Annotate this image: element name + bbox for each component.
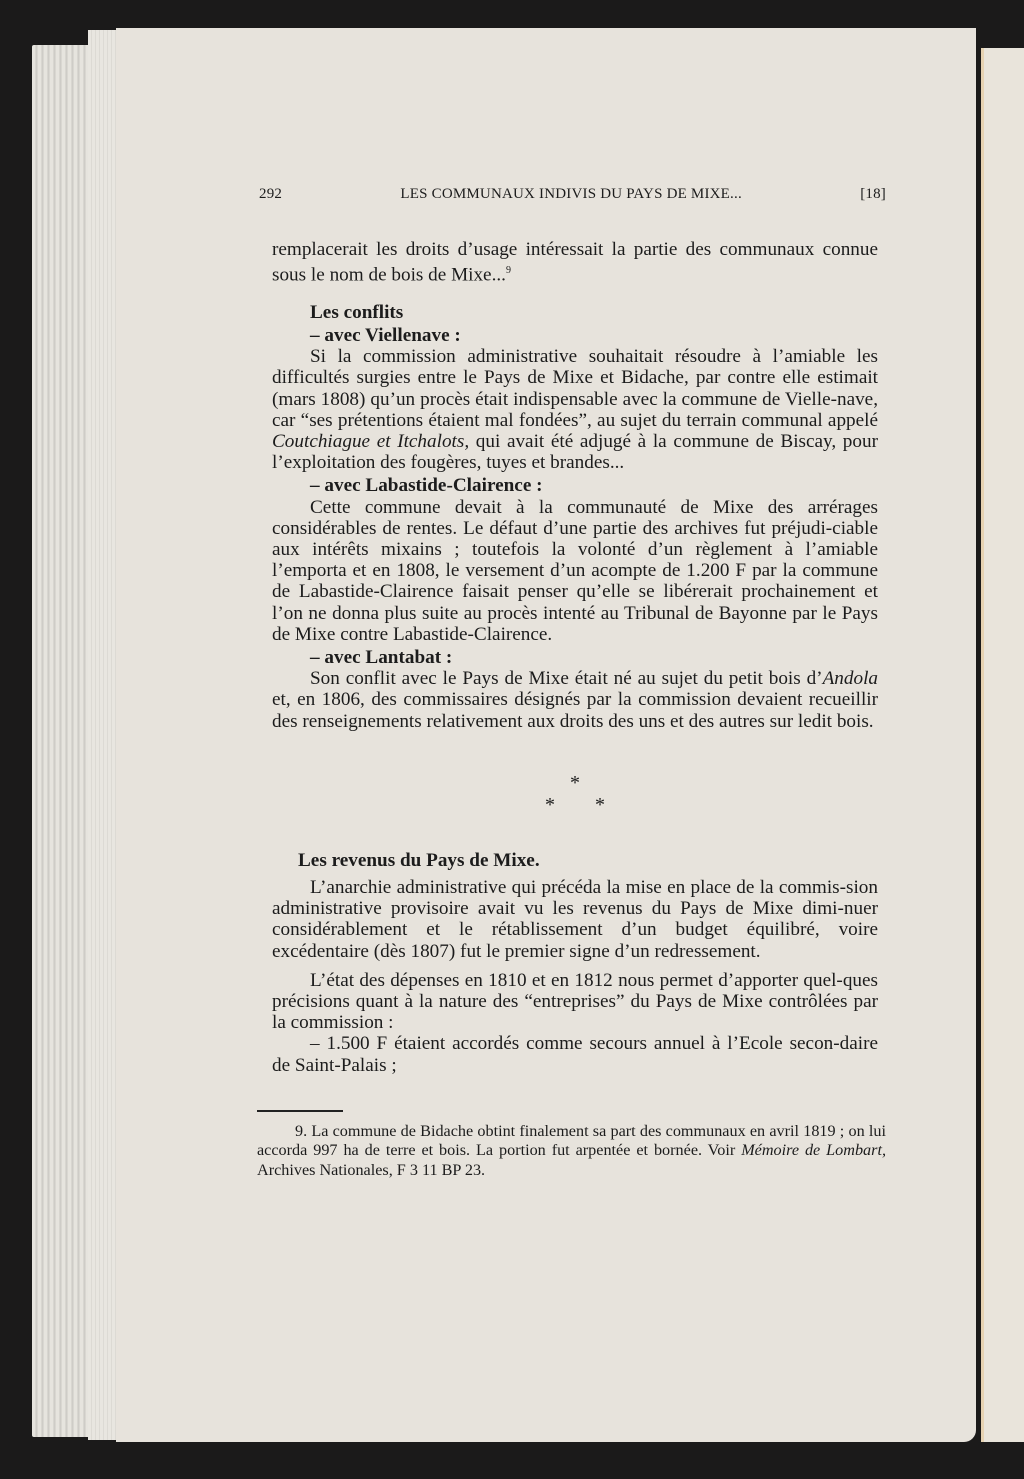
paragraph-lantabat: Son conflit avec le Pays de Mixe était n… <box>272 668 878 732</box>
text: Si la commission administrative souhaita… <box>272 346 878 431</box>
running-head: 292 LES COMMUNAUX INDIVIS DU PAYS DE MIX… <box>259 186 886 203</box>
asterism-top: * <box>272 772 878 794</box>
subheading-viellenave: – avec Viellenave : <box>272 325 878 346</box>
page-content: 292 LES COMMUNAUX INDIVIS DU PAYS DE MIX… <box>272 186 878 1180</box>
footnote-ref: 9 <box>506 265 511 276</box>
place-name: Andola <box>823 668 878 689</box>
place-name: Coutchiague et Itchalots, <box>272 431 469 452</box>
page-number: 292 <box>259 186 282 203</box>
running-title: LES COMMUNAUX INDIVIS DU PAYS DE MIXE... <box>400 186 742 203</box>
text: et, en 1806, des commissaires désignés p… <box>272 689 878 731</box>
text: Son conflit avec le Pays de Mixe était n… <box>310 668 823 689</box>
footnote-rule <box>257 1110 343 1112</box>
section-separator-asterism: * ** <box>272 772 878 816</box>
paragraph-viellenave: Si la commission administrative souhaita… <box>272 346 878 473</box>
heading-revenus: Les revenus du Pays de Mixe. <box>272 850 878 871</box>
subheading-lantabat: – avec Lantabat : <box>272 647 878 668</box>
heading-conflits: Les conflits <box>272 302 878 323</box>
paragraph-text: remplacerait les droits d’usage intéress… <box>272 239 878 286</box>
section-ref: [18] <box>860 186 886 203</box>
body-text: remplacerait les droits d’usage intéress… <box>272 239 878 1076</box>
footnote-9: 9. La commune de Bidache obtint finaleme… <box>257 1122 886 1181</box>
source-title: Mémoire de Lombart, <box>741 1141 886 1159</box>
paragraph-ecole: – 1.500 F étaient accordés comme secours… <box>272 1033 878 1075</box>
paragraph-depenses: L’état des dépenses en 1810 et en 1812 n… <box>272 970 878 1034</box>
subheading-labastide: – avec Labastide-Clairence : <box>272 475 878 496</box>
paragraph-continued: remplacerait les droits d’usage intéress… <box>272 239 878 286</box>
asterism-bottom: ** <box>272 794 878 816</box>
facing-page-edge <box>981 48 1024 1442</box>
text: Archives Nationales, F 3 11 BP 23. <box>257 1161 485 1179</box>
book-page-edges-inner <box>88 30 118 1440</box>
paragraph-anarchie: L’anarchie administrative qui précéda la… <box>272 877 878 962</box>
paragraph-labastide: Cette commune devait à la communauté de … <box>272 497 878 645</box>
